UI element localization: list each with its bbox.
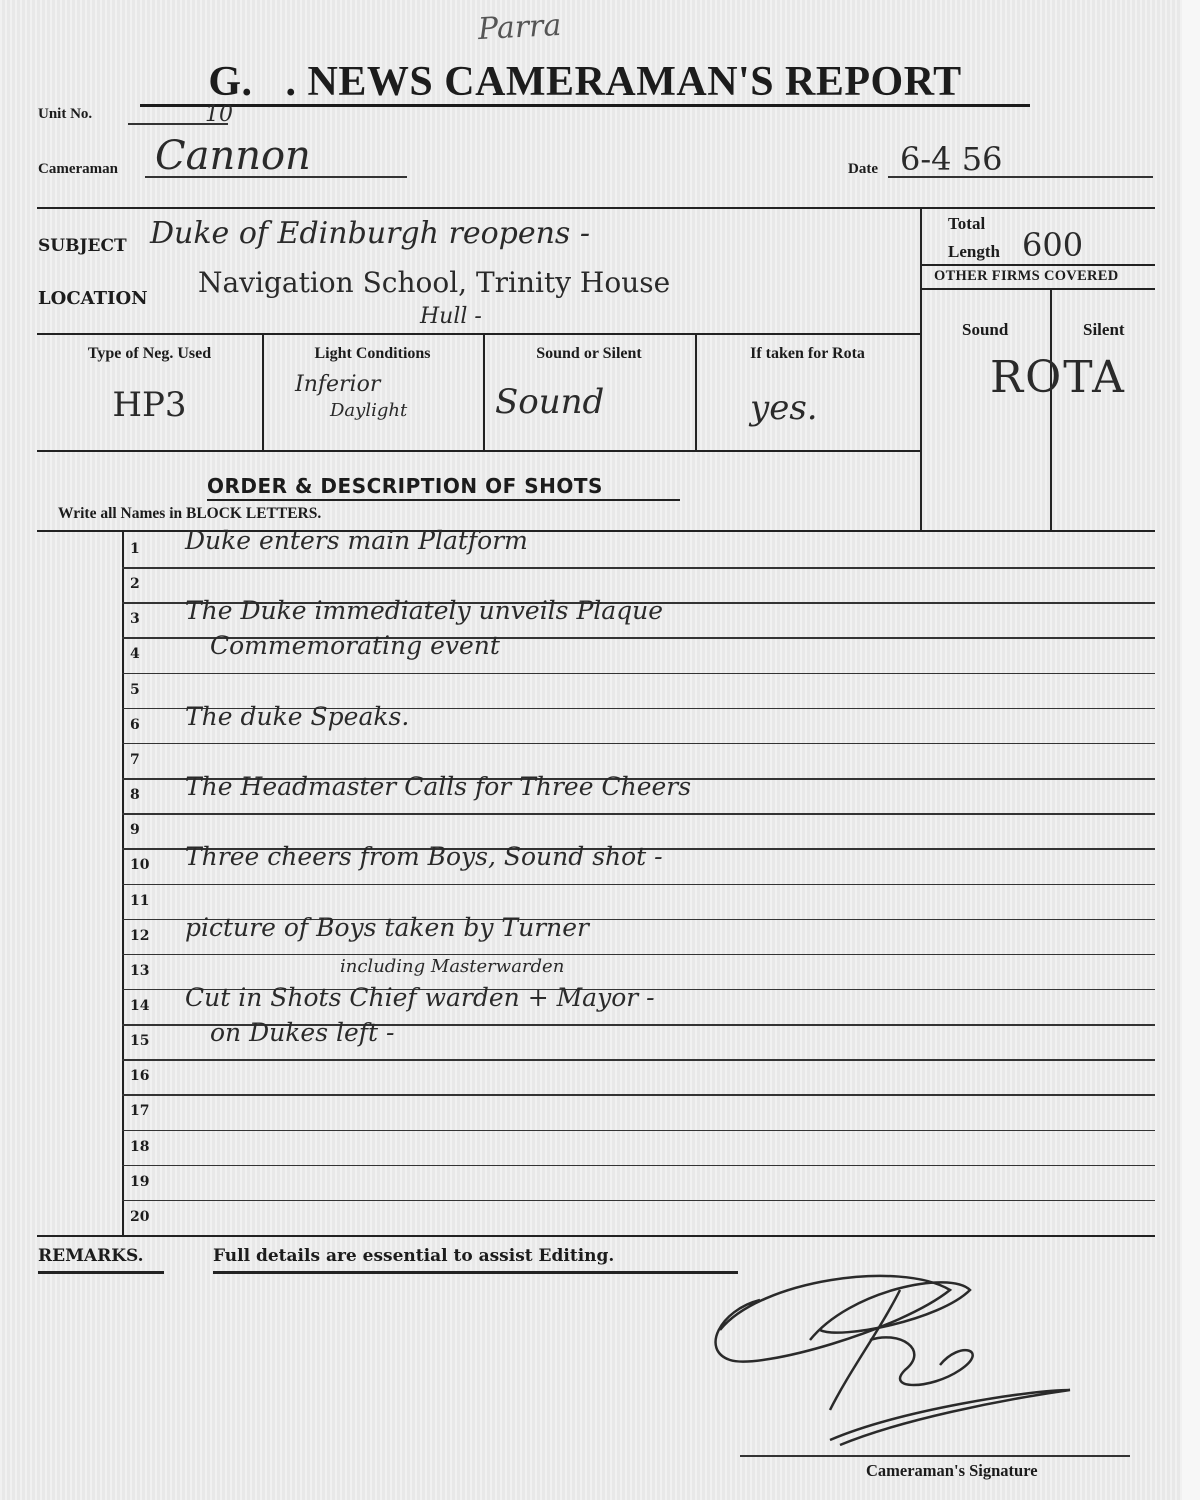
sound-silent-divider [1050, 288, 1052, 530]
block-letters-instruction: Write all Names in BLOCK LETTERS. [58, 505, 321, 523]
shot-row-number: 7 [130, 752, 160, 768]
sound-or-silent-field[interactable]: Sound [495, 382, 604, 422]
shot-row-number: 17 [130, 1103, 160, 1119]
shot-row-number: 18 [130, 1139, 160, 1155]
box-top-rule [37, 207, 1155, 209]
shot-row-field[interactable]: Duke enters main Platform [185, 526, 1145, 561]
shot-row-field[interactable] [185, 667, 1145, 702]
shot-row-number: 10 [130, 857, 160, 873]
sound-label: Sound [962, 320, 1008, 340]
title-underline [140, 104, 1030, 107]
shot-row-number: 12 [130, 928, 160, 944]
shot-row-number: 5 [130, 682, 160, 698]
unit-no-field[interactable]: 10 [205, 102, 233, 127]
other-firms-label: OTHER FIRMS COVERED [934, 268, 1119, 285]
length-field[interactable]: 600 [1022, 226, 1083, 264]
shot-row-field[interactable] [185, 1194, 1145, 1229]
remarks-note: Full details are essential to assist Edi… [213, 1246, 614, 1266]
shots-bottom-rule [37, 1235, 1155, 1237]
page-title: G. . NEWS CAMERAMAN'S REPORT [140, 58, 1030, 106]
remarks-label: REMARKS. [38, 1246, 144, 1266]
signature-label: Cameraman's Signature [866, 1461, 1038, 1481]
signature-line [740, 1455, 1130, 1457]
shot-row-field[interactable]: picture of Boys taken by Turner [185, 913, 1145, 948]
cameraman-label: Cameraman [38, 161, 118, 178]
shot-row-number: 20 [130, 1209, 160, 1225]
location-field-line2[interactable]: Hull - [420, 304, 482, 329]
signature-field[interactable] [735, 1268, 1135, 1453]
shot-row-field[interactable]: The Duke immediately unveils Plaque [185, 596, 1145, 631]
shot-row-field[interactable] [185, 737, 1145, 772]
shot-row-number: 13 [130, 963, 160, 979]
cameraman-field[interactable]: Cannon [155, 133, 311, 179]
shot-row-number: 4 [130, 646, 160, 662]
other-firms-rule [920, 288, 1155, 290]
subject-label: SUBJECT [38, 236, 127, 256]
shot-row-number: 14 [130, 998, 160, 1014]
shot-row-field[interactable] [185, 878, 1145, 913]
light-conditions-label: Light Conditions [262, 345, 483, 363]
date-field[interactable]: 6-4 56 [900, 140, 1002, 178]
shot-row-field[interactable] [185, 807, 1145, 842]
shot-row-number: 1 [130, 541, 160, 557]
light-conditions-field[interactable]: Inferior [295, 372, 380, 397]
rota-field[interactable]: yes. [750, 388, 818, 428]
length-label: Length [948, 242, 1000, 262]
shot-row-field[interactable] [185, 561, 1145, 596]
shot-row-number: 11 [130, 893, 160, 909]
shot-row-field[interactable] [185, 1088, 1145, 1123]
shot-row-number: 3 [130, 611, 160, 627]
shot-row-number: 9 [130, 822, 160, 838]
shot-row-field[interactable]: Cut in Shots Chief warden + Mayor - [185, 983, 1145, 1018]
shot-row-field[interactable] [185, 1124, 1145, 1159]
shot-row-number: 15 [130, 1033, 160, 1049]
shots-heading: ORDER & DESCRIPTION OF SHOTS [207, 474, 603, 498]
subject-bottom-rule [37, 333, 920, 335]
shot-row-number: 8 [130, 787, 160, 803]
shot-row-field[interactable] [185, 1159, 1145, 1194]
subject-field[interactable]: Duke of Edinburgh reopens - [150, 216, 590, 251]
page-edge [1182, 0, 1200, 1500]
shot-row-field[interactable]: on Dukes left - [210, 1018, 1170, 1053]
shot-row-number: 19 [130, 1174, 160, 1190]
unit-no-label: Unit No. [38, 106, 92, 123]
other-firms-field[interactable]: ROTA [990, 352, 1126, 403]
light-conditions-field-line2[interactable]: Daylight [330, 400, 407, 421]
shot-row-field[interactable]: The duke Speaks. [185, 702, 1145, 737]
neg-type-field[interactable]: HP3 [37, 385, 262, 425]
shot-row-field[interactable]: Three cheers from Boys, Sound shot - [185, 842, 1145, 877]
neg-type-label: Type of Neg. Used [37, 345, 262, 363]
shot-row-number: 6 [130, 717, 160, 733]
shot-row-number: 2 [130, 576, 160, 592]
silent-label: Silent [1083, 320, 1125, 340]
shot-row-field[interactable]: Commemorating event [210, 631, 1170, 666]
right-panel-divider [920, 207, 922, 530]
location-field[interactable]: Navigation School, Trinity House [198, 266, 670, 299]
shot-row-field[interactable] [185, 1053, 1145, 1088]
remarks-underline [38, 1271, 164, 1274]
top-annotation: Parra [477, 8, 562, 47]
length-bottom-rule [920, 264, 1155, 266]
location-label: LOCATION [38, 288, 148, 309]
sound-or-silent-label: Sound or Silent [483, 345, 695, 363]
shots-heading-underline [207, 499, 680, 501]
details-bottom-rule [37, 450, 920, 452]
total-label: Total [948, 214, 985, 234]
date-label: Date [848, 161, 878, 178]
remarks-note-underline [213, 1271, 738, 1274]
shot-row-number: 16 [130, 1068, 160, 1084]
rota-label: If taken for Rota [695, 345, 920, 363]
shot-row-field[interactable]: The Headmaster Calls for Three Cheers [185, 772, 1145, 807]
